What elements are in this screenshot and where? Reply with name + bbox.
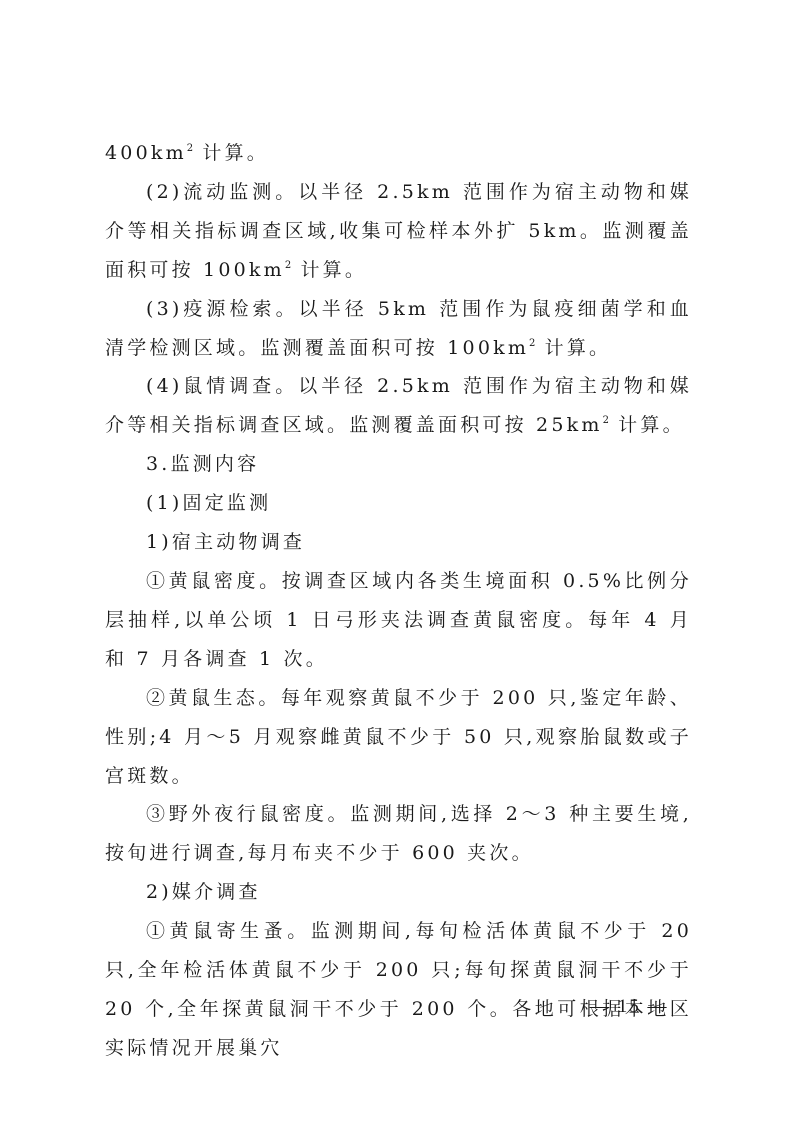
text: 计算。 <box>193 142 269 164</box>
text: 计算。 <box>609 414 685 436</box>
subheading-vector-survey: 2)媒介调查 <box>105 873 692 912</box>
text: 计算。 <box>535 337 611 359</box>
paragraph-ground-squirrel-fleas: ①黄鼠寄生蚤。监测期间,每旬检活体黄鼠不少于 20 只,全年检活体黄鼠不少于 2… <box>105 912 692 1068</box>
paragraph-nocturnal-rodent-density: ③野外夜行鼠密度。监测期间,选择 2～3 种主要生境,按旬进行调查,每月布夹不少… <box>105 795 692 873</box>
subheading-host-animal-survey: 1)宿主动物调查 <box>105 523 692 562</box>
text: (2)流动监测。以半径 2.5km 范围作为宿主动物和媒介等相关指标调查区域,收… <box>105 181 692 281</box>
paragraph-mobile-monitoring: (2)流动监测。以半径 2.5km 范围作为宿主动物和媒介等相关指标调查区域,收… <box>105 173 692 290</box>
subheading-fixed-monitoring: (1)固定监测 <box>105 484 692 523</box>
text: (4)鼠情调查。以半径 2.5km 范围作为宿主动物和媒介等相关指标调查区域。监… <box>105 375 692 436</box>
page-number: — 15 — <box>590 996 669 1018</box>
text: 400km <box>105 142 187 164</box>
section-heading-monitoring-content: 3.监测内容 <box>105 445 692 484</box>
paragraph-area-continuation: 400km2 计算。 <box>105 134 692 173</box>
paragraph-rodent-survey: (4)鼠情调查。以半径 2.5km 范围作为宿主动物和媒介等相关指标调查区域。监… <box>105 367 692 445</box>
paragraph-ground-squirrel-ecology: ②黄鼠生态。每年观察黄鼠不少于 200 只,鉴定年龄、性别;4 月～5 月观察雌… <box>105 679 692 796</box>
text: 计算。 <box>291 259 367 281</box>
paragraph-ground-squirrel-density: ①黄鼠密度。按调查区域内各类生境面积 0.5%比例分层抽样,以单公顷 1 日弓形… <box>105 562 692 679</box>
paragraph-source-search: (3)疫源检索。以半径 5km 范围作为鼠疫细菌学和血清学检测区域。监测覆盖面积… <box>105 290 692 368</box>
document-page: 400km2 计算。 (2)流动监测。以半径 2.5km 范围作为宿主动物和媒介… <box>105 134 692 1068</box>
